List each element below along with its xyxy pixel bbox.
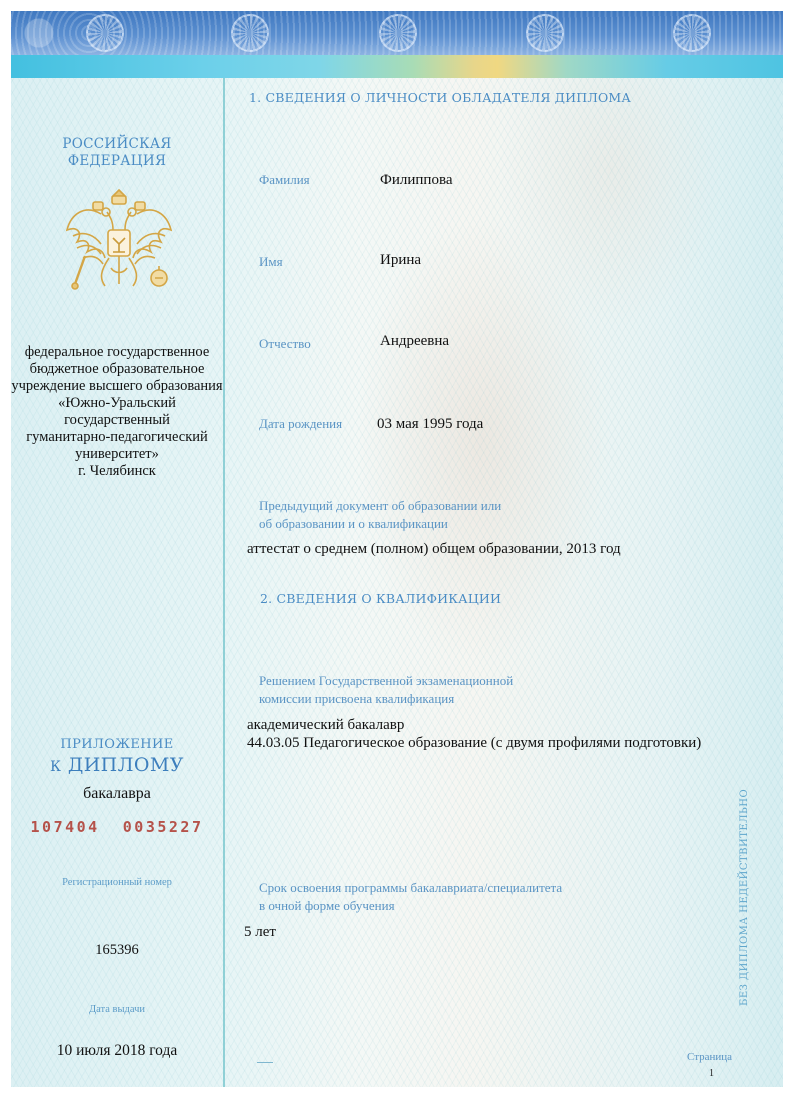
placeholder-dash: [257, 1062, 273, 1063]
previous-document-value: аттестат о среднем (полном) общем образо…: [247, 541, 621, 558]
degree-level: бакалавра: [11, 785, 223, 803]
institution-city: г. Челябинск: [11, 463, 229, 480]
label-line: об образовании и о квалификации: [259, 515, 501, 533]
patronymic-value: Андреевна: [380, 333, 449, 350]
country-line-1: РОССИЙСКАЯ: [11, 136, 223, 153]
label-line: в очной форме обучения: [259, 897, 562, 915]
diploma-supplement-page: РОССИЙСКАЯ ФЕДЕРАЦИЯ: [11, 11, 783, 1087]
program-value: 44.03.05 Педагогическое образование (с д…: [247, 735, 701, 752]
qualification-decision-label: Решением Государственной экзаменационной…: [259, 672, 513, 708]
left-column: РОССИЙСКАЯ ФЕДЕРАЦИЯ: [11, 11, 223, 1087]
issue-date-label: Дата выдачи: [11, 1004, 223, 1015]
institution-line: гуманитарно-педагогический: [11, 429, 229, 446]
appendix-prefix: К: [50, 759, 61, 775]
institution-name: федеральное государственное бюджетное об…: [11, 344, 229, 480]
appendix-subtitle: К ДИПЛОМУ: [11, 754, 223, 776]
label-line: Решением Государственной экзаменационной: [259, 672, 513, 690]
institution-line: бюджетное образовательное: [11, 361, 229, 378]
issue-date: 10 июля 2018 года: [11, 1042, 223, 1060]
previous-document-label: Предыдущий документ об образовании или о…: [259, 497, 501, 533]
appendix-word: ДИПЛОМУ: [68, 754, 184, 776]
institution-line: федеральное государственное: [11, 344, 229, 361]
institution-line: «Южно-Уральский: [11, 395, 229, 412]
label-line: комиссии присвоена квалификация: [259, 690, 513, 708]
first-name-label: Имя: [259, 254, 283, 270]
appendix-title: ПРИЛОЖЕНИЕ: [11, 737, 223, 752]
surname-value: Филиппова: [380, 172, 453, 189]
qualification-value: академический бакалавр: [247, 717, 404, 734]
validity-note: БЕЗ ДИПЛОМА НЕДЕЙСТВИТЕЛЬНО: [739, 789, 750, 1006]
country-line-2: ФЕДЕРАЦИЯ: [11, 153, 223, 170]
section-1-title: 1. СВЕДЕНИЯ О ЛИЧНОСТИ ОБЛАДАТЕЛЯ ДИПЛОМ…: [249, 90, 631, 105]
rosette-icon: [379, 14, 417, 52]
institution-line: учреждение высшего образования: [11, 378, 229, 395]
registration-number-label: Регистрационный номер: [11, 877, 223, 888]
column-divider: [223, 78, 225, 1087]
study-duration-value: 5 лет: [244, 924, 276, 941]
institution-line: государственный: [11, 412, 229, 429]
institution-line: университет»: [11, 446, 229, 463]
patronymic-label: Отчество: [259, 336, 311, 352]
rosette-icon: [526, 14, 564, 52]
coat-of-arms-icon: [61, 186, 177, 294]
study-duration-label: Срок освоения программы бакалавриата/спе…: [259, 879, 562, 915]
country-name: РОССИЙСКАЯ ФЕДЕРАЦИЯ: [11, 136, 223, 170]
label-line: Предыдущий документ об образовании или: [259, 497, 501, 515]
surname-label: Фамилия: [259, 172, 310, 188]
birth-date-label: Дата рождения: [259, 416, 342, 432]
page-number: 1: [709, 1068, 714, 1079]
serial-number: 107404 0035227: [11, 818, 223, 836]
label-line: Срок освоения программы бакалавриата/спе…: [259, 879, 562, 897]
section-2-title: 2. СВЕДЕНИЯ О КВАЛИФИКАЦИИ: [260, 591, 501, 606]
rosette-icon: [231, 14, 269, 52]
page-label: Страница: [687, 1051, 732, 1063]
registration-number: 165396: [11, 942, 223, 959]
first-name-value: Ирина: [380, 252, 421, 269]
birth-date-value: 03 мая 1995 года: [377, 416, 483, 433]
rosette-icon: [673, 14, 711, 52]
